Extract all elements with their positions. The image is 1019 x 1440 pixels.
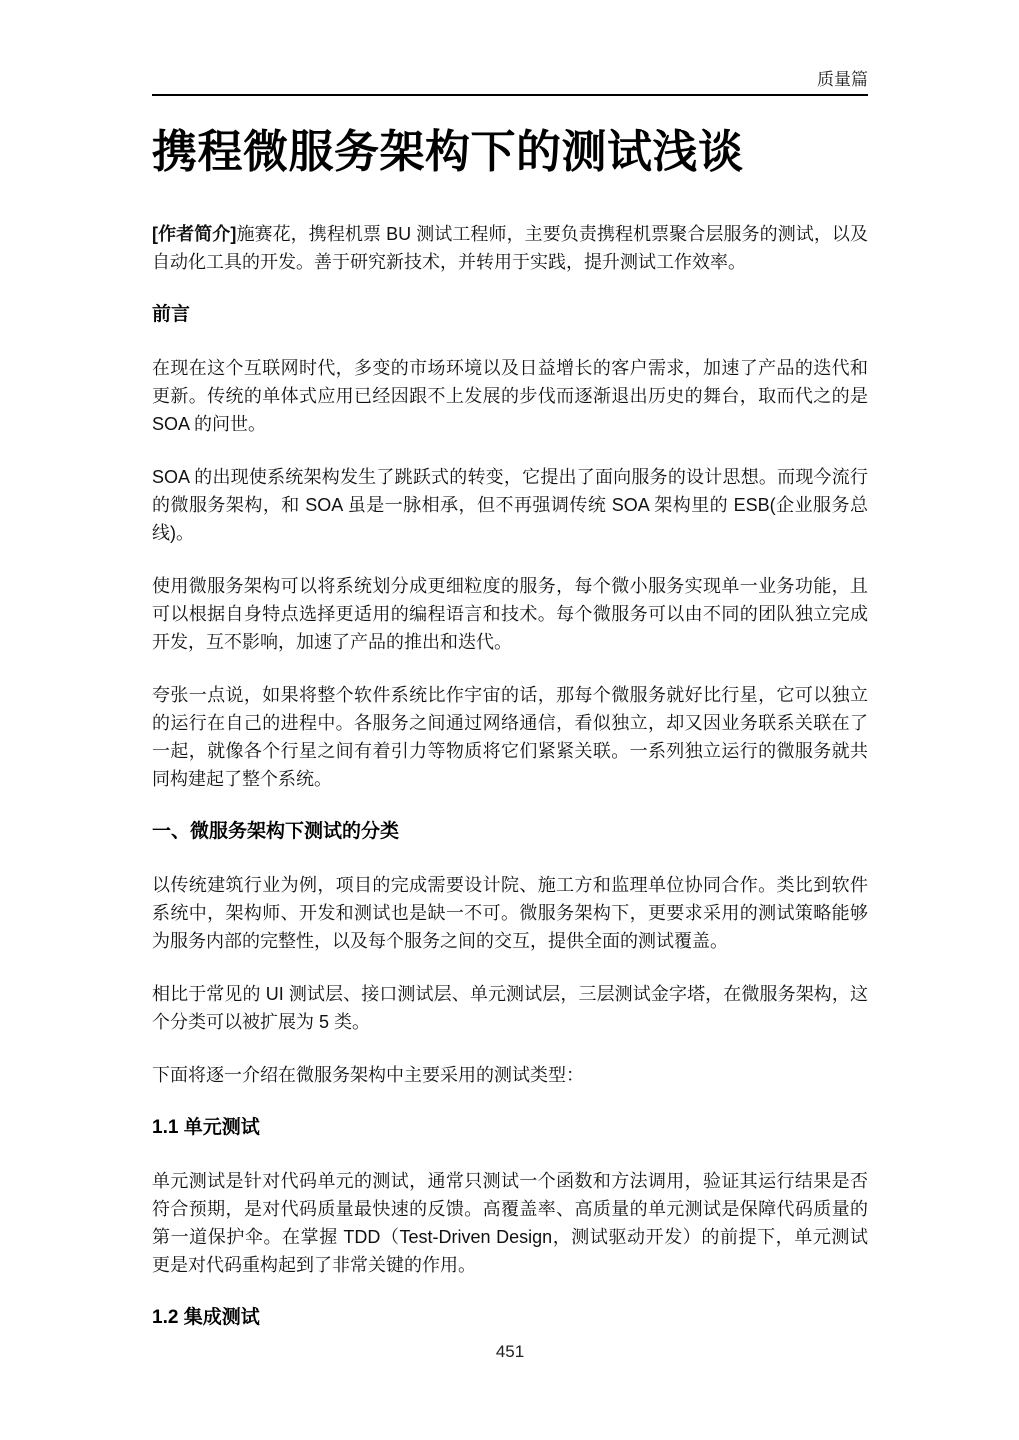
author-intro-label: [作者简介]	[152, 224, 236, 244]
section-1-paragraph-1: 以传统建筑行业为例，项目的完成需要设计院、施工方和监理单位协同合作。类比到软件系…	[152, 871, 868, 955]
preface-paragraph-2: SOA 的出现使系统架构发生了跳跃式的转变，它提出了面向服务的设计思想。而现今流…	[152, 463, 868, 547]
author-intro-text: 施赛花，携程机票 BU 测试工程师，主要负责携程机票聚合层服务的测试，以及自动化…	[152, 224, 868, 272]
author-intro-paragraph: [作者简介]施赛花，携程机票 BU 测试工程师，主要负责携程机票聚合层服务的测试…	[152, 220, 868, 276]
document-page: 质量篇 携程微服务架构下的测试浅谈 [作者简介]施赛花，携程机票 BU 测试工程…	[0, 0, 1019, 1440]
preface-paragraph-3: 使用微服务架构可以将系统划分成更细粒度的服务，每个微小服务实现单一业务功能，且可…	[152, 572, 868, 656]
preface-paragraph-1: 在现在这个互联网时代，多变的市场环境以及日益增长的客户需求，加速了产品的迭代和更…	[152, 354, 868, 438]
section-1-2-heading: 1.2 集成测试	[152, 1304, 868, 1332]
section-1-paragraph-2: 相比于常见的 UI 测试层、接口测试层、单元测试层，三层测试金字塔，在微服务架构…	[152, 980, 868, 1036]
preface-paragraph-4: 夸张一点说，如果将整个软件系统比作宇宙的话，那每个微服务就好比行星，它可以独立的…	[152, 681, 868, 793]
running-header-chapter-label: 质量篇	[152, 68, 868, 91]
header-rule	[152, 94, 868, 96]
page-number: 451	[152, 1340, 868, 1363]
section-1-1-paragraph-1: 单元测试是针对代码单元的测试，通常只测试一个函数和方法调用，验证其运行结果是否符…	[152, 1167, 868, 1279]
section-1-paragraph-3: 下面将逐一介绍在微服务架构中主要采用的测试类型：	[152, 1061, 868, 1089]
section-1-heading: 一、微服务架构下测试的分类	[152, 818, 868, 846]
preface-heading: 前言	[152, 301, 868, 329]
section-1-1-heading: 1.1 单元测试	[152, 1114, 868, 1142]
article-title: 携程微服务架构下的测试浅谈	[152, 123, 868, 181]
